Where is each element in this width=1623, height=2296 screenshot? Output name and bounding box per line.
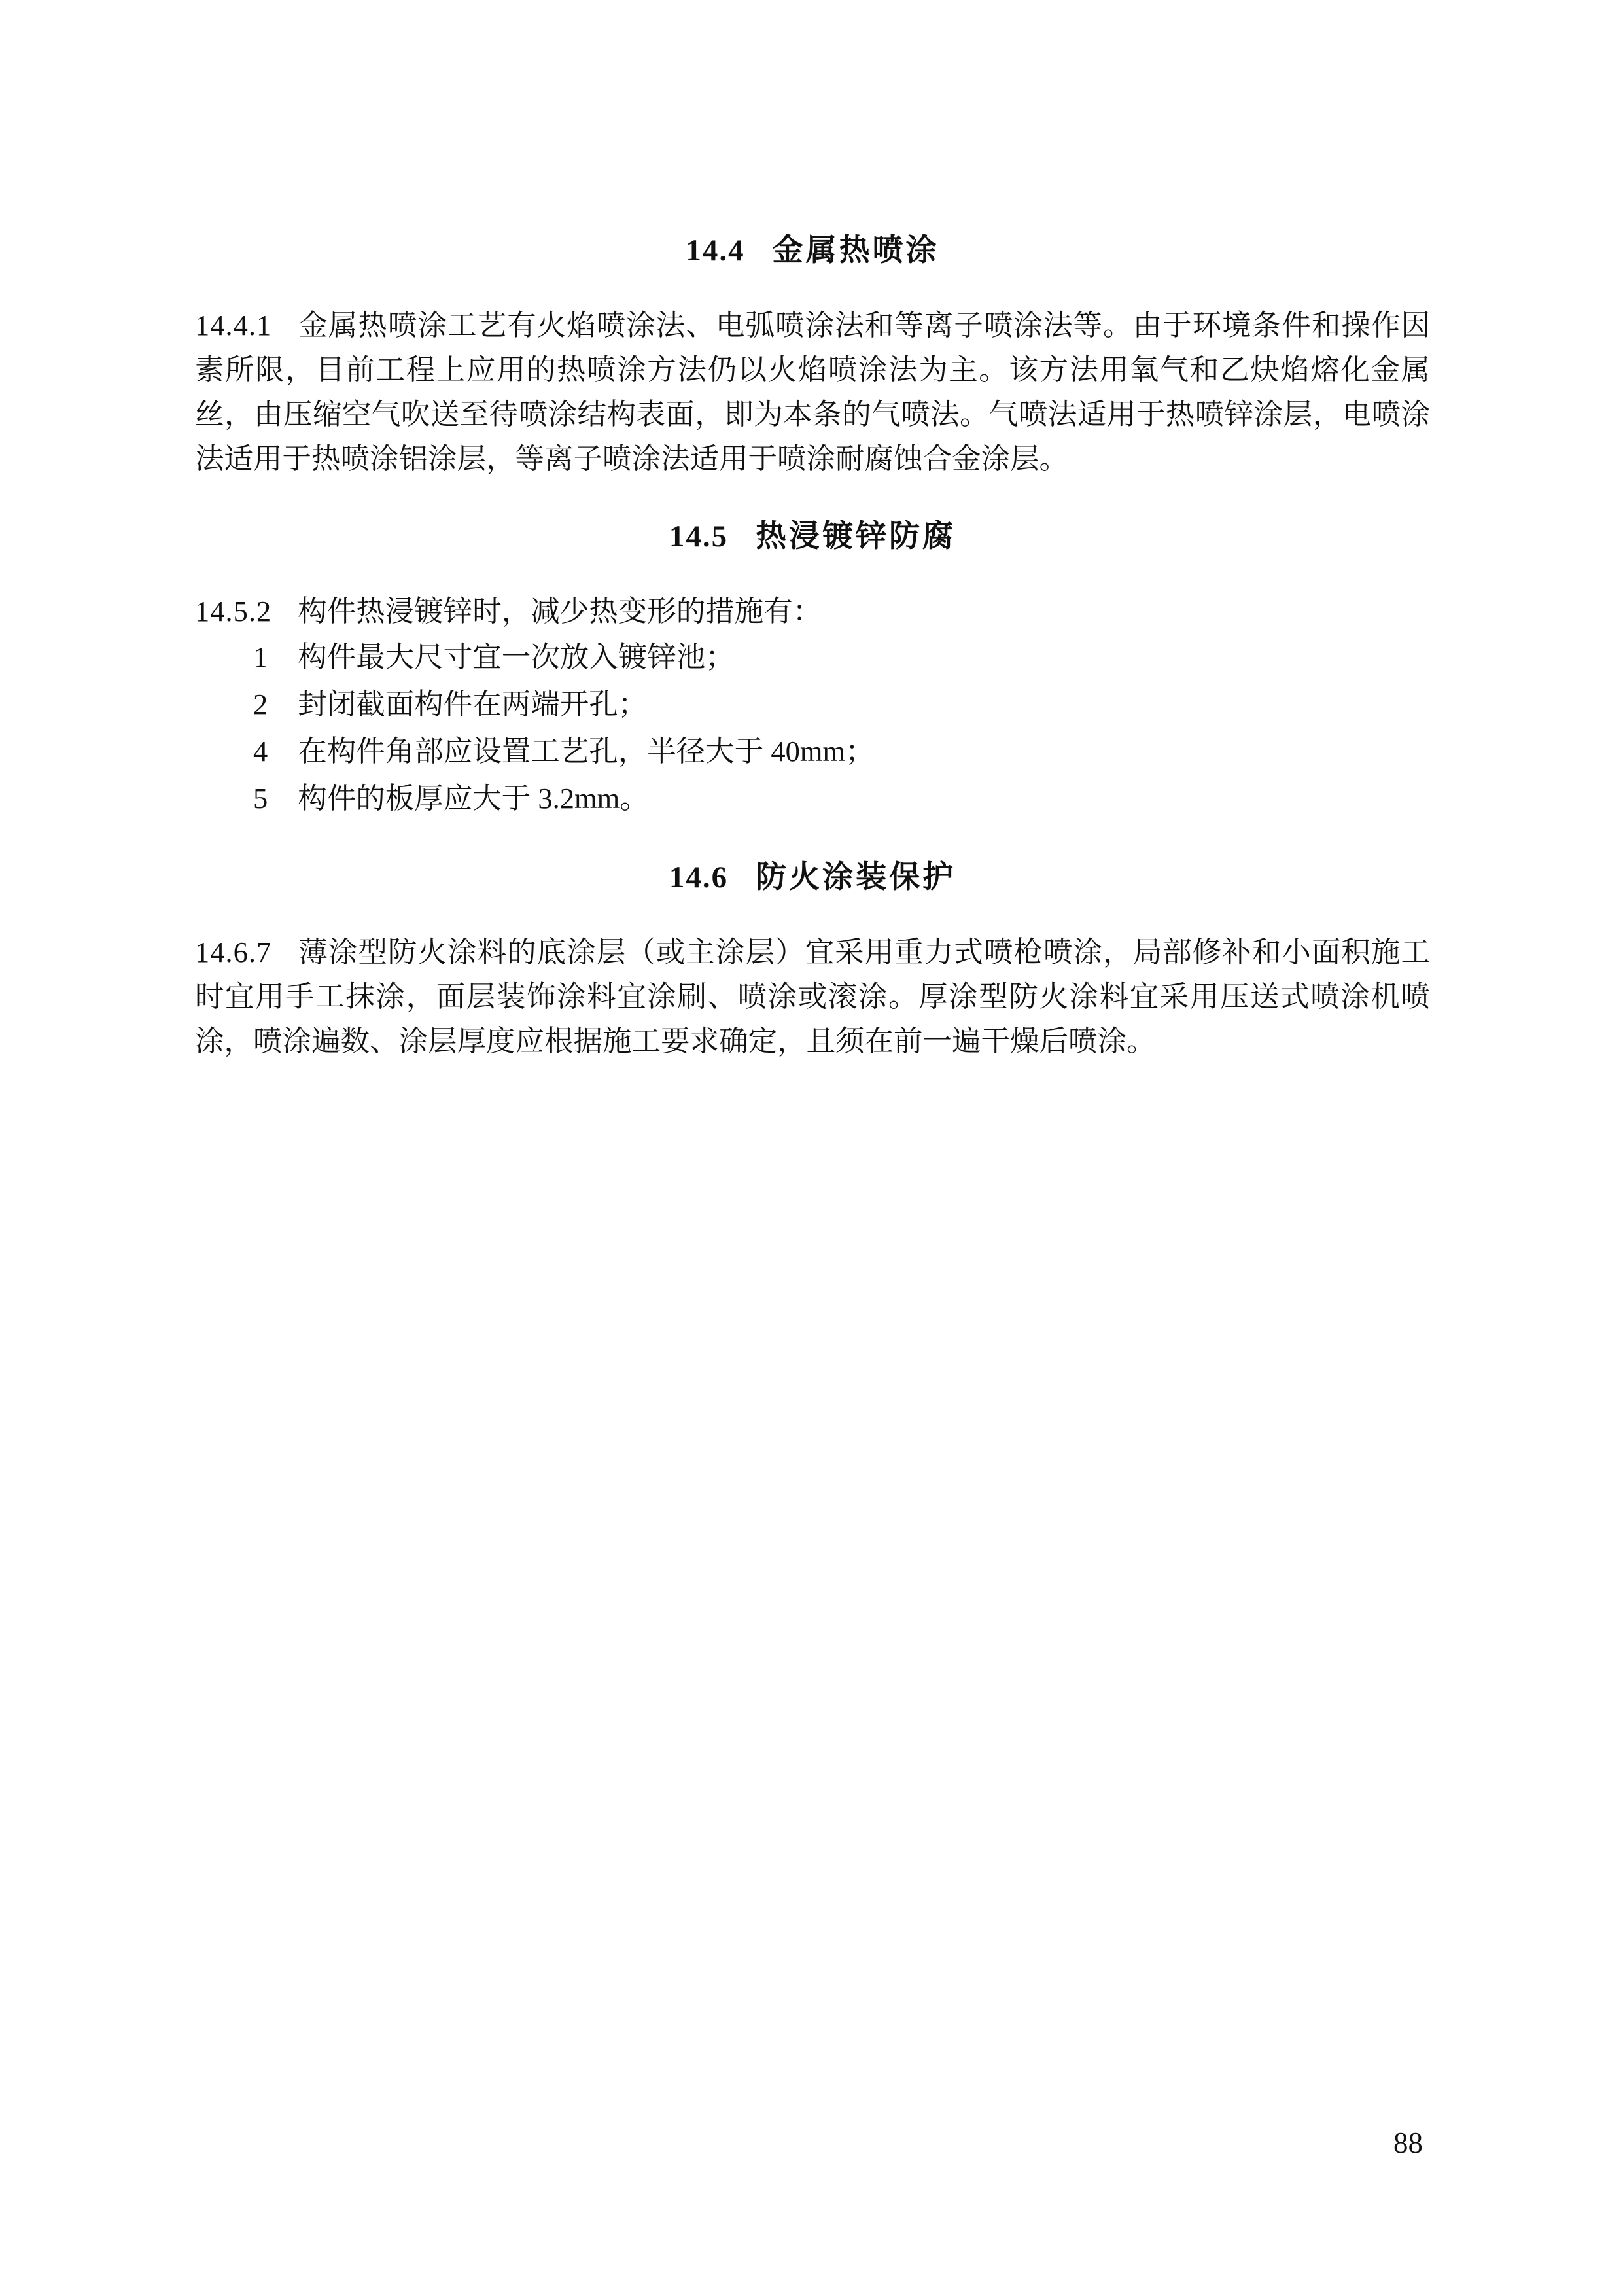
clause-number: 14.5.2 (195, 595, 271, 627)
list-item-number: 5 (253, 782, 268, 815)
list-item-number: 1 (253, 641, 268, 673)
document-page: 14.4金属热喷涂 14.4.1金属热喷涂工艺有火焰喷涂法、电弧喷涂法和等离子喷… (0, 0, 1623, 2296)
clause-paragraph: 14.6.7薄涂型防火涂料的底涂层（或主涂层）宜采用重力式喷枪喷涂，局部修补和小… (195, 930, 1430, 1063)
clause-text: 金属热喷涂工艺有火焰喷涂法、电弧喷涂法和等离子喷涂法等。由于环境条件和操作因素所… (195, 309, 1430, 475)
clause-paragraph: 14.4.1金属热喷涂工艺有火焰喷涂法、电弧喷涂法和等离子喷涂法等。由于环境条件… (195, 303, 1430, 481)
section-14-6: 14.6防火涂装保护 14.6.7薄涂型防火涂料的底涂层（或主涂层）宜采用重力式… (195, 855, 1430, 1063)
list-item: 5构件的板厚应大于 3.2mm。 (195, 775, 1430, 822)
clause-number: 14.4.1 (195, 309, 271, 342)
clause-text: 薄涂型防火涂料的底涂层（或主涂层）宜采用重力式喷枪喷涂，局部修补和小面积施工时宜… (195, 936, 1430, 1057)
list-item-number: 2 (253, 688, 268, 720)
clause-list: 1构件最大尺寸宜一次放入镀锌池； 2封闭截面构件在两端开孔； 4在构件角部应设置… (195, 633, 1430, 822)
list-item-text: 构件的板厚应大于 3.2mm。 (298, 782, 648, 815)
list-item-number: 4 (253, 735, 268, 768)
section-heading-number: 14.4 (686, 234, 744, 268)
section-14-4: 14.4金属热喷涂 14.4.1金属热喷涂工艺有火焰喷涂法、电弧喷涂法和等离子喷… (195, 228, 1430, 481)
section-heading-title: 热浸镀锌防腐 (756, 518, 956, 553)
clause-text: 构件热浸镀锌时，减少热变形的措施有： (298, 595, 822, 627)
list-item-text: 封闭截面构件在两端开孔； (298, 688, 647, 720)
list-item: 4在构件角部应设置工艺孔，半径大于 40mm； (195, 728, 1430, 775)
section-14-5: 14.5热浸镀锌防腐 14.5.2构件热浸镀锌时，减少热变形的措施有： 1构件最… (195, 514, 1430, 822)
section-heading-title: 防火涂装保护 (756, 859, 956, 894)
clause-paragraph: 14.5.2构件热浸镀锌时，减少热变形的措施有： (195, 589, 1430, 633)
section-heading-number: 14.6 (669, 860, 728, 894)
list-item: 2封闭截面构件在两端开孔； (195, 680, 1430, 728)
section-heading-number: 14.5 (669, 520, 728, 554)
list-item: 1构件最大尺寸宜一次放入镀锌池； (195, 633, 1430, 680)
section-heading-title: 金属热喷涂 (773, 232, 939, 267)
section-heading: 14.4金属热喷涂 (195, 228, 1430, 273)
clause-number: 14.6.7 (195, 936, 271, 968)
page-number: 88 (1393, 2127, 1423, 2159)
list-item-text: 在构件角部应设置工艺孔，半径大于 40mm； (298, 735, 874, 768)
section-heading: 14.5热浸镀锌防腐 (195, 514, 1430, 559)
list-item-text: 构件最大尺寸宜一次放入镀锌池； (298, 641, 735, 673)
section-heading: 14.6防火涂装保护 (195, 855, 1430, 900)
page-content: 14.4金属热喷涂 14.4.1金属热喷涂工艺有火焰喷涂法、电弧喷涂法和等离子喷… (195, 228, 1430, 1063)
